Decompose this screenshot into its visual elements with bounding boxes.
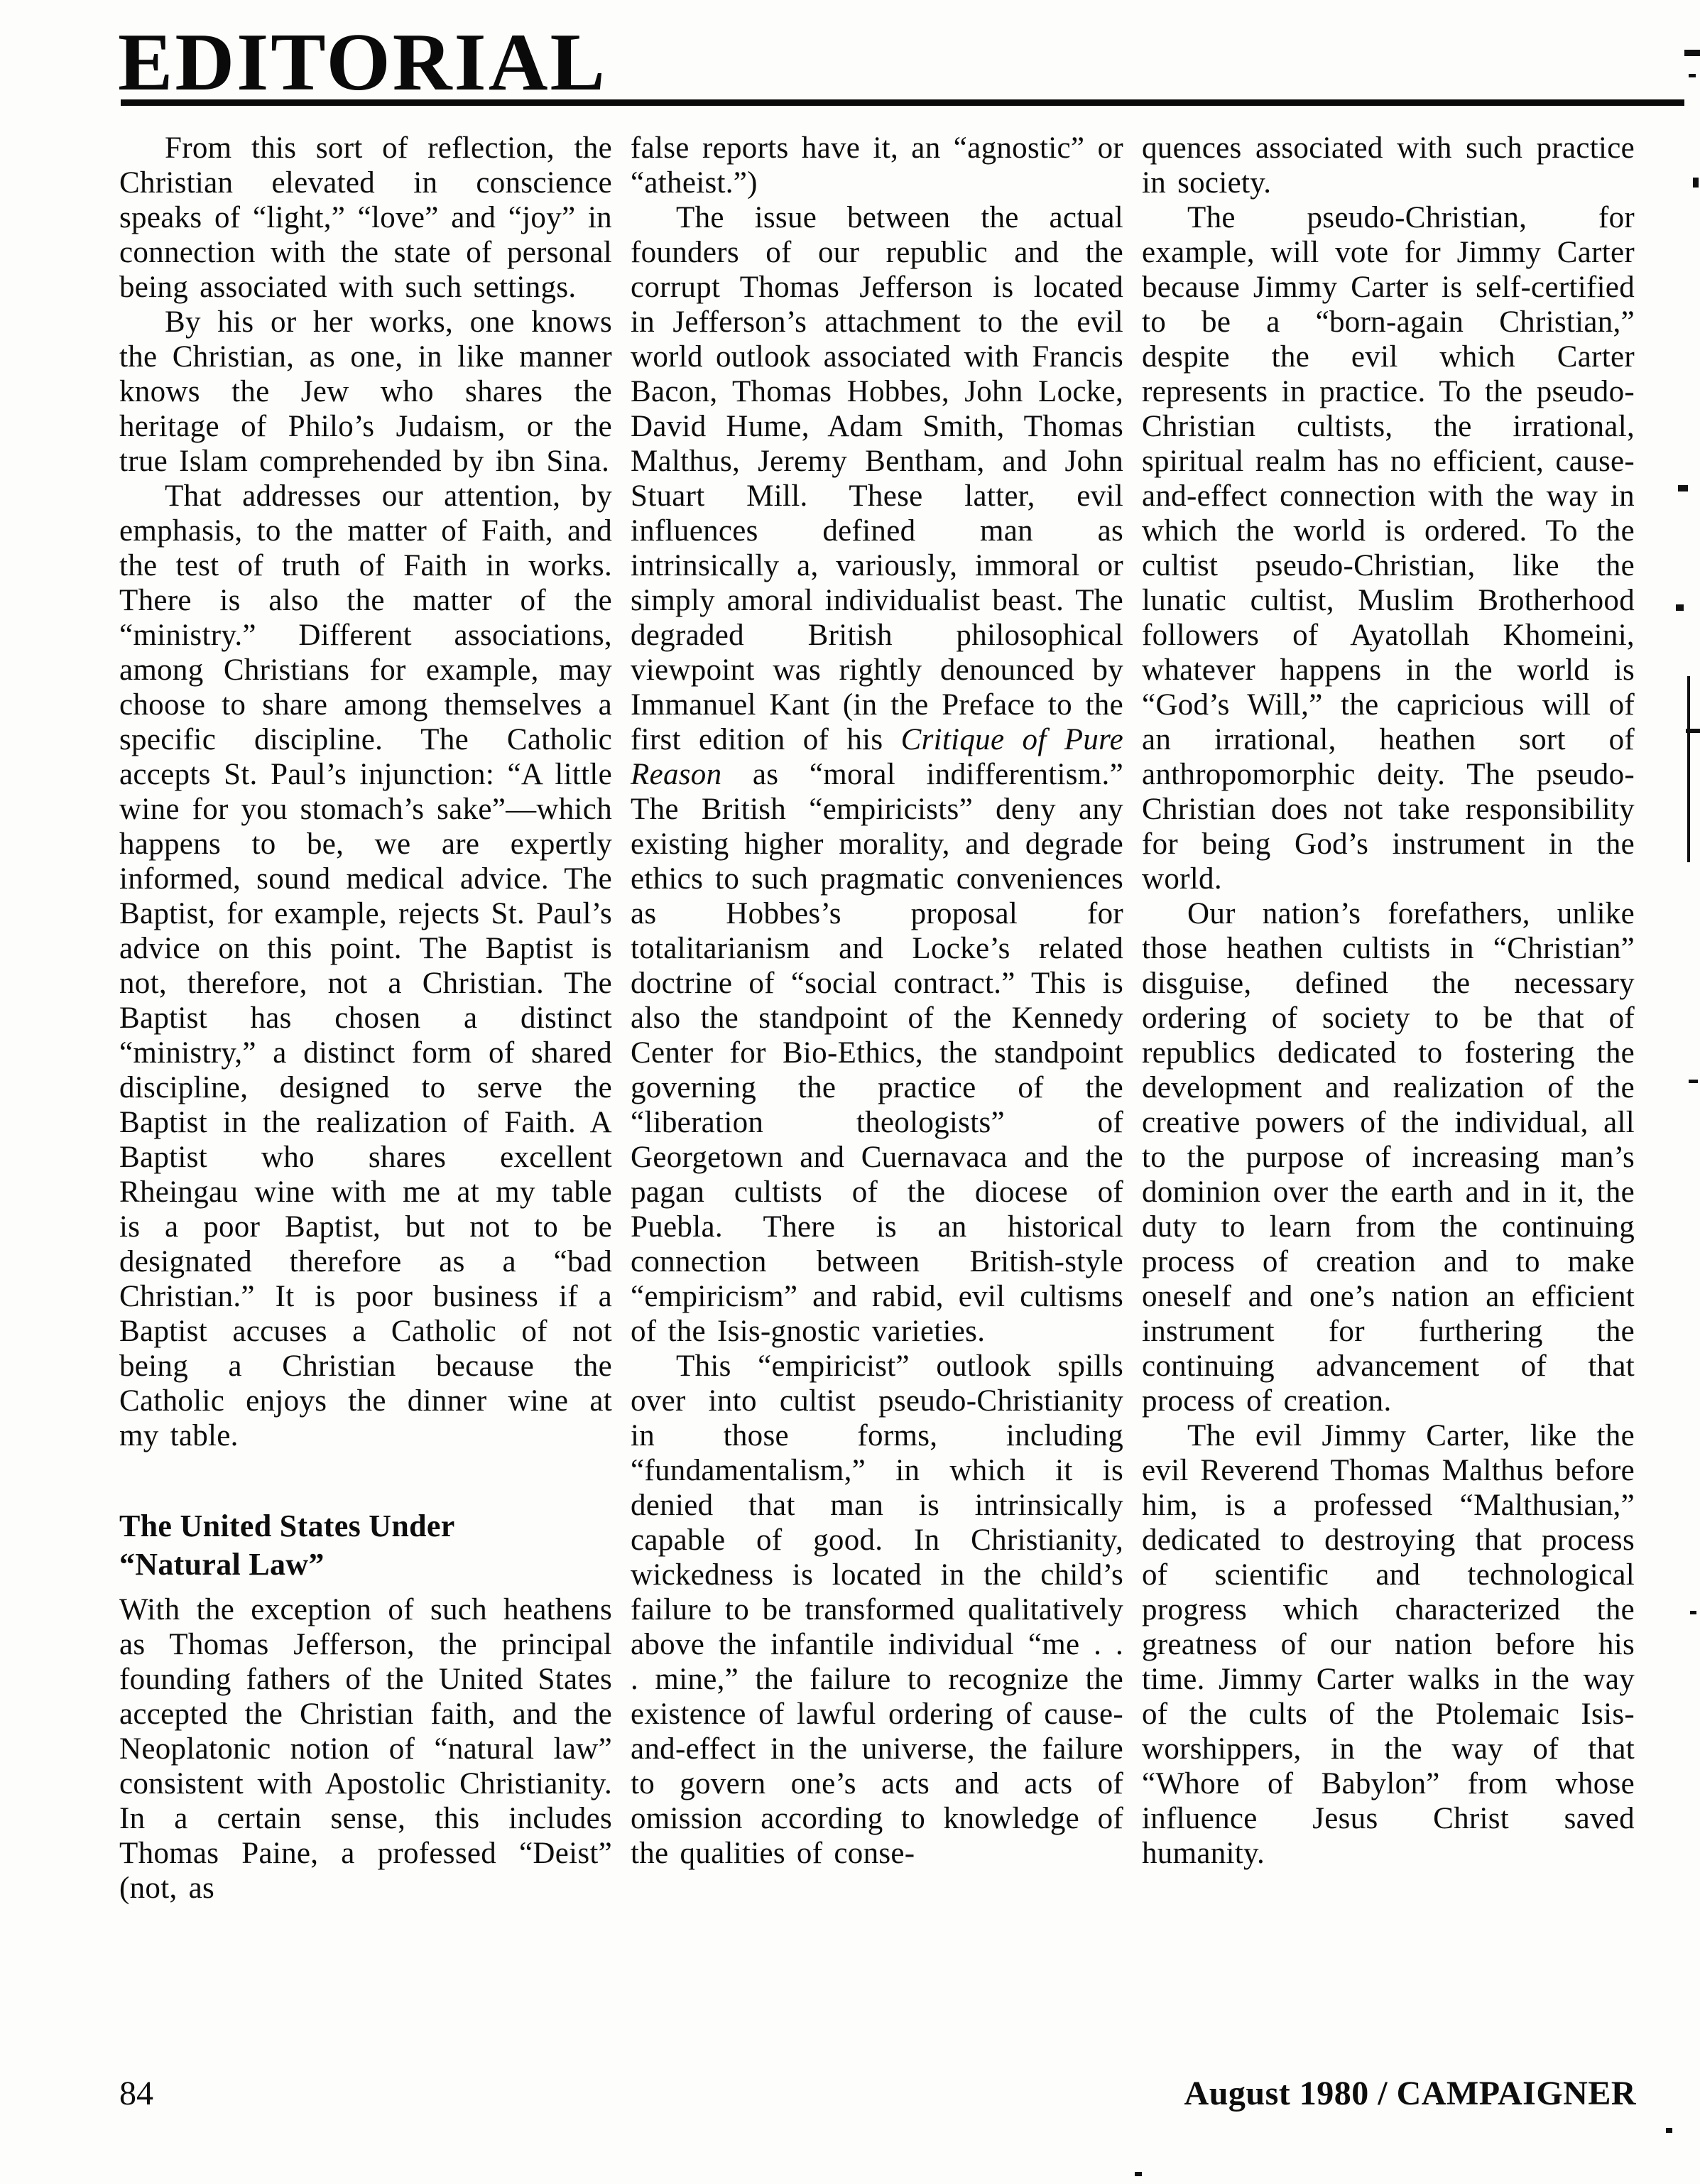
paragraph: With the exception of such heathens as T…	[119, 1592, 612, 1906]
paragraph: Our nation’s forefathers, unlike those h…	[1142, 896, 1635, 1418]
paragraph: quences associated with such practice in…	[1142, 131, 1635, 200]
scan-artifact	[1666, 2128, 1672, 2133]
scan-artifact	[1676, 604, 1684, 611]
paragraph: The issue between the actual founders of…	[631, 200, 1123, 1349]
text-run: false reports have it, an “agnostic” or …	[631, 131, 1123, 200]
column-1: From this sort of reflection, the Christ…	[119, 131, 612, 1906]
paragraph: From this sort of reflection, the Christ…	[119, 131, 612, 305]
page-title: EDITORIAL	[118, 21, 607, 104]
column-3: quences associated with such practice in…	[1142, 131, 1635, 1906]
section-heading: The United States Under“Natural Law”	[119, 1507, 612, 1584]
text-run: From this sort of reflection, the Christ…	[119, 131, 612, 304]
scan-artifact	[1684, 50, 1700, 56]
text-run: The United States Under	[119, 1509, 455, 1543]
text-run: Our nation’s forefathers, unlike those h…	[1142, 897, 1635, 1418]
text-columns: From this sort of reflection, the Christ…	[119, 131, 1636, 1906]
issue-footer: August 1980 / CAMPAIGNER	[1184, 2075, 1636, 2112]
scan-artifact	[1690, 1611, 1696, 1614]
paragraph: The evil Jimmy Carter, like the evil Rev…	[1142, 1418, 1635, 1871]
scan-artifact	[1678, 485, 1688, 491]
scan-artifact	[1686, 729, 1700, 733]
text-run: as “moral indifferentism.” The British “…	[631, 758, 1123, 1348]
text-run: The pseudo-Christian, for example, will …	[1142, 201, 1635, 896]
scan-artifact	[1687, 676, 1690, 862]
scan-artifact	[1689, 74, 1696, 77]
paragraph: false reports have it, an “agnostic” or …	[631, 131, 1123, 200]
text-run: The evil Jimmy Carter, like the evil Rev…	[1142, 1419, 1635, 1870]
text-run: This “empiricist” outlook spills over in…	[631, 1349, 1123, 1870]
paragraph: By his or her works, one knows the Chris…	[119, 305, 612, 479]
paragraph: This “empiricist” outlook spills over in…	[631, 1349, 1123, 1871]
text-run: By his or her works, one knows the Chris…	[119, 305, 612, 478]
text-run: “Natural Law”	[119, 1547, 325, 1582]
scan-artifact	[1693, 178, 1699, 188]
paragraph: The pseudo-Christian, for example, will …	[1142, 200, 1635, 896]
text-run: With the exception of such heathens as T…	[119, 1593, 612, 1905]
column-2: false reports have it, an “agnostic” or …	[631, 131, 1123, 1906]
masthead-rule	[121, 99, 1684, 106]
scan-artifact	[1689, 1080, 1698, 1083]
text-run: That addresses our attention, by emphasi…	[119, 479, 612, 1452]
editorial-page: EDITORIAL From this sort of reflection, …	[0, 0, 1700, 2184]
text-run: The issue between the actual founders of…	[631, 201, 1123, 756]
page-number: 84	[119, 2075, 153, 2112]
scan-artifact	[1135, 2172, 1142, 2176]
paragraph: That addresses our attention, by emphasi…	[119, 479, 612, 1453]
text-run: quences associated with such practice in…	[1142, 131, 1635, 200]
